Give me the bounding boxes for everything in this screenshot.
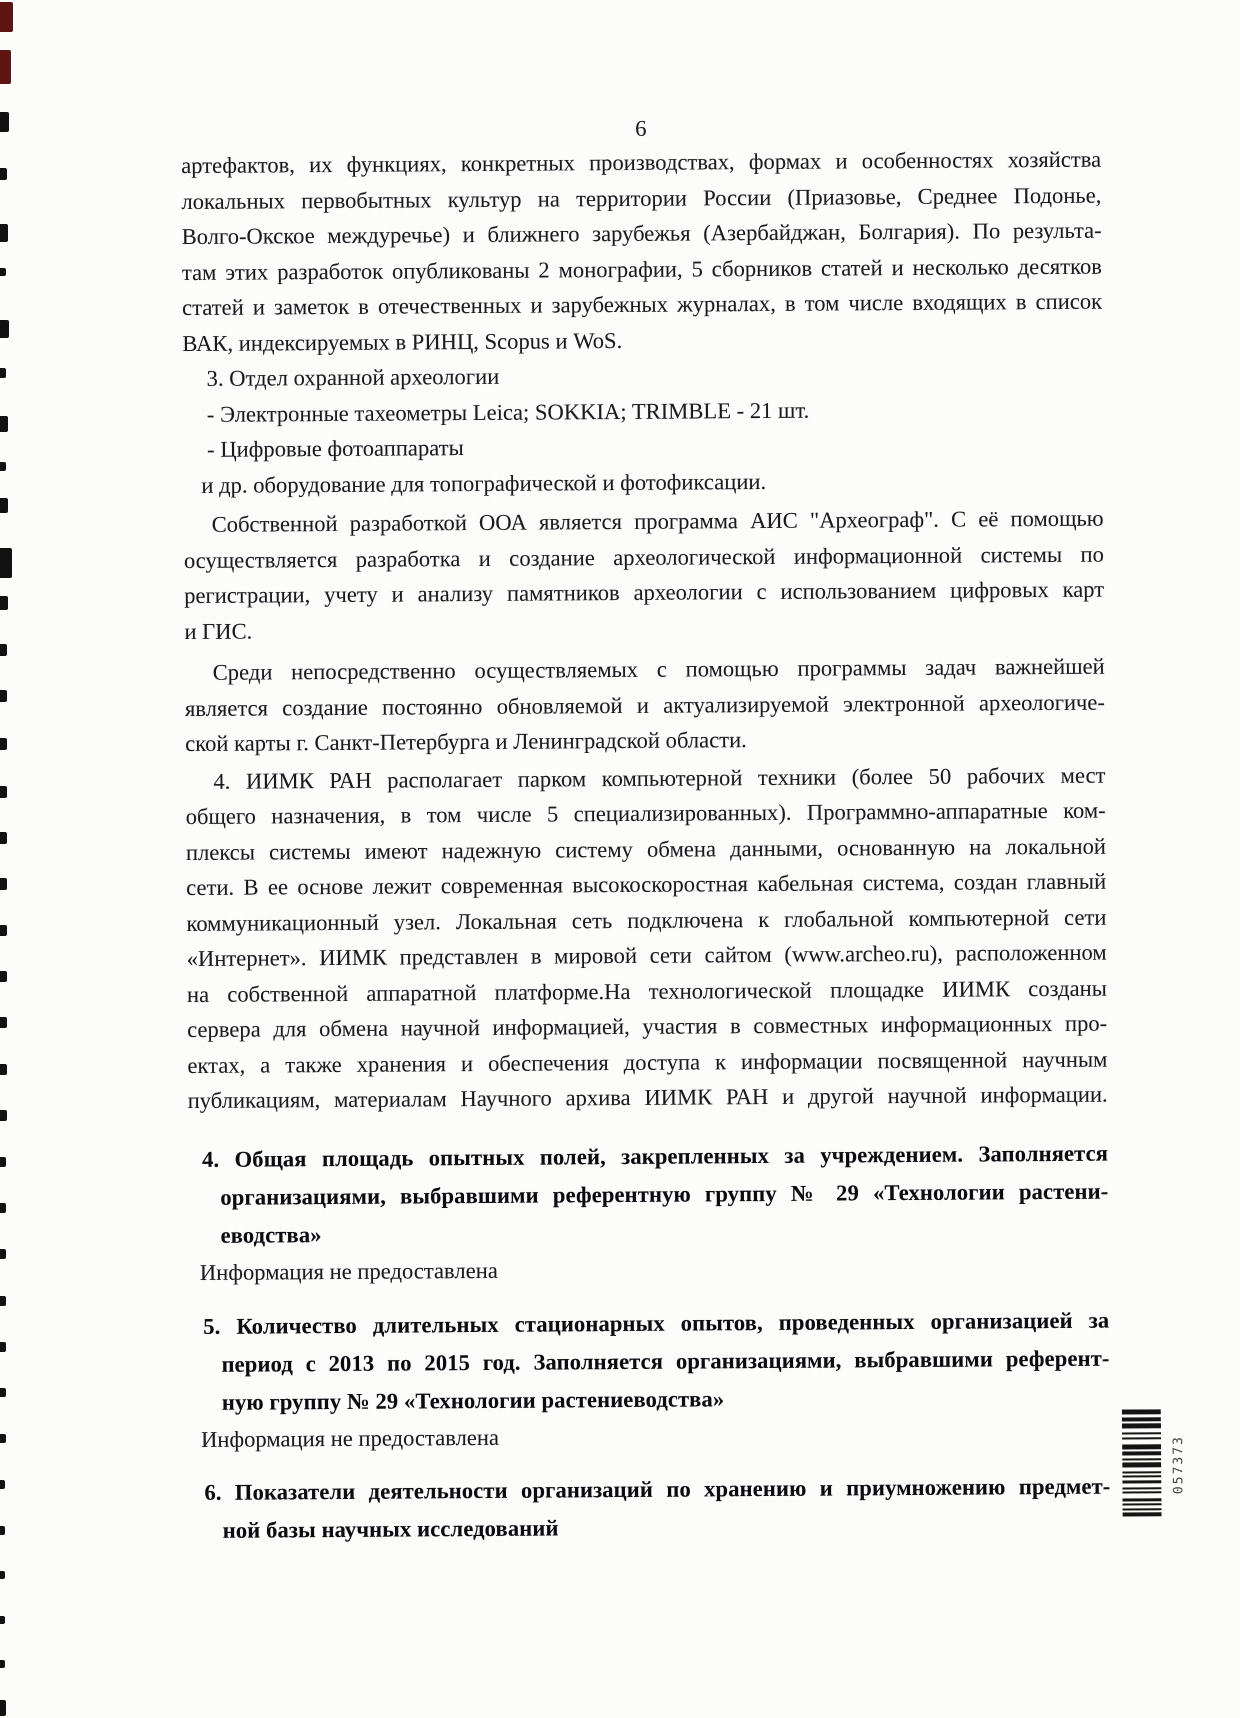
edge-mark — [0, 1571, 5, 1579]
edge-mark — [0, 224, 8, 242]
edge-mark — [0, 738, 7, 750]
edge-mark — [0, 925, 7, 936]
text-line: еводства» — [220, 1210, 1108, 1254]
edge-mark — [0, 2, 13, 32]
info-line: Информация не предоставлена — [190, 1416, 1110, 1458]
edge-mark — [0, 1110, 7, 1121]
edge-mark — [0, 1157, 6, 1167]
edge-mark — [0, 1480, 5, 1489]
edge-mark — [0, 50, 11, 84]
edge-mark — [0, 1249, 6, 1259]
barcode-bar — [1122, 1423, 1161, 1428]
edge-mark — [0, 416, 8, 432]
edge-mark — [0, 596, 8, 610]
barcode-bar — [1122, 1417, 1161, 1421]
edge-mark — [0, 971, 7, 982]
paragraph: Среди непосредственно осуществляемых с п… — [185, 649, 1106, 762]
edge-mark — [0, 1064, 7, 1075]
list-item: и др. оборудование для топографической и… — [183, 461, 1103, 503]
edge-mark — [0, 498, 8, 513]
text-line: Собственной разработкой ООА является про… — [184, 501, 1104, 543]
text-line: статей и заметок в отечественных и заруб… — [182, 284, 1102, 326]
edge-mark — [0, 368, 6, 378]
edge-mark — [0, 548, 12, 578]
info-line: Информация не предоставлена — [189, 1248, 1109, 1290]
barcode-bar — [1122, 1471, 1161, 1473]
edge-mark — [0, 268, 6, 276]
edge-mark — [0, 320, 9, 338]
text-line: Среди непосредственно осуществляемых с п… — [185, 649, 1105, 691]
scanned-document-page: 6 артефактов, их функциях, конкретных пр… — [0, 0, 1240, 1718]
scan-edge-marks — [0, 0, 20, 1718]
text-line: сети. В ее основе лежит современная высо… — [186, 864, 1106, 906]
text-line: общего назначения, в том числе 5 специал… — [186, 793, 1106, 835]
edge-mark — [0, 1203, 6, 1213]
barcode-bar — [1122, 1487, 1161, 1489]
barcode: 057373 — [1122, 1409, 1203, 1520]
text-line: ской карты г. Санкт-Петербурга и Ленингр… — [185, 720, 1105, 762]
section-heading: 5. Количество длительных стационарных оп… — [189, 1302, 1110, 1422]
edge-mark — [0, 832, 7, 844]
text-line: регистрации, учету и анализу памятников … — [184, 572, 1104, 614]
text-line: ную группу № 29 «Технологии растениеводс… — [222, 1378, 1110, 1422]
barcode-bar — [1122, 1437, 1161, 1439]
barcode-bar — [1122, 1451, 1161, 1455]
edge-mark — [0, 1660, 5, 1668]
barcode-bar — [1123, 1503, 1162, 1505]
barcode-number: 057373 — [1171, 1435, 1186, 1494]
text-line: Информация не предоставлена — [201, 1416, 1110, 1458]
barcode-bar — [1123, 1512, 1162, 1516]
text-line: организациями, выбравшими референтную гр… — [220, 1172, 1108, 1216]
section-heading: 6. Показатели деятельности организаций п… — [190, 1467, 1111, 1549]
edge-mark — [0, 1616, 5, 1624]
text-line: и др. оборудование для топографической и… — [201, 461, 1103, 503]
paragraph: артефактов, их функциях, конкретных прои… — [181, 142, 1102, 361]
barcode-bar — [1122, 1444, 1161, 1449]
text-line: является создание постоянно обновляемой … — [185, 684, 1105, 726]
text-line: 5. Количество длительных стационарных оп… — [221, 1302, 1109, 1346]
edge-mark — [0, 1434, 6, 1443]
edge-mark — [0, 1526, 5, 1535]
edge-mark — [0, 168, 7, 180]
barcode-bar — [1122, 1480, 1161, 1483]
text-line: 4. Общая площадь опытных полей, закрепле… — [220, 1134, 1108, 1178]
edge-mark — [0, 786, 7, 798]
page-scan-area: 6 артефактов, их функциях, конкретных пр… — [0, 0, 1240, 1718]
barcode-bar — [1122, 1462, 1161, 1467]
text-line: публикациям, материалам Научного архива … — [188, 1077, 1108, 1119]
edge-mark — [0, 1388, 6, 1397]
barcode-number-wrap: 057373 — [1163, 1409, 1194, 1519]
section-heading: 4. Общая площадь опытных полей, закрепле… — [188, 1134, 1109, 1254]
text-line: и ГИС. — [184, 607, 1104, 649]
barcode-bar — [1122, 1498, 1161, 1501]
edge-mark — [0, 1700, 6, 1716]
paragraph: Собственной разработкой ООА является про… — [184, 501, 1105, 649]
page-content: 6 артефактов, их функциях, конкретных пр… — [0, 0, 1240, 1551]
barcode-bar — [1122, 1432, 1161, 1434]
edge-mark — [0, 1017, 7, 1028]
barcode-bars — [1122, 1409, 1162, 1519]
text-line: период с 2013 по 2015 год. Заполняется о… — [221, 1340, 1109, 1384]
edge-mark — [0, 644, 7, 656]
document-text: артефактов, их функциях, конкретных прои… — [181, 142, 1111, 1550]
barcode-bar — [1122, 1458, 1161, 1460]
text-line: 6. Показатели деятельности организаций п… — [222, 1467, 1110, 1511]
edge-mark — [0, 112, 9, 132]
text-line: артефактов, их функциях, конкретных прои… — [181, 142, 1101, 184]
text-line: ной базы научных исследований — [223, 1505, 1111, 1549]
barcode-bar — [1122, 1491, 1161, 1493]
edge-mark — [0, 1296, 6, 1306]
barcode-bar — [1123, 1508, 1162, 1510]
edge-mark — [0, 690, 7, 702]
text-line: Волго-Окское междуречье) и ближнего зару… — [182, 213, 1102, 255]
edge-mark — [0, 462, 6, 471]
paragraph: 4. ИИМК РАН располагает парком компьютер… — [185, 757, 1107, 1118]
text-line: Информация не предоставлена — [200, 1248, 1109, 1290]
barcode-bar — [1122, 1409, 1161, 1414]
text-line: сервера для обмена научной информацией, … — [187, 1006, 1107, 1048]
text-line: «Интернет». ИИМК представлен в мировой с… — [187, 935, 1107, 977]
barcode-bar — [1122, 1475, 1161, 1477]
edge-mark — [0, 878, 7, 890]
edge-mark — [0, 1342, 6, 1352]
